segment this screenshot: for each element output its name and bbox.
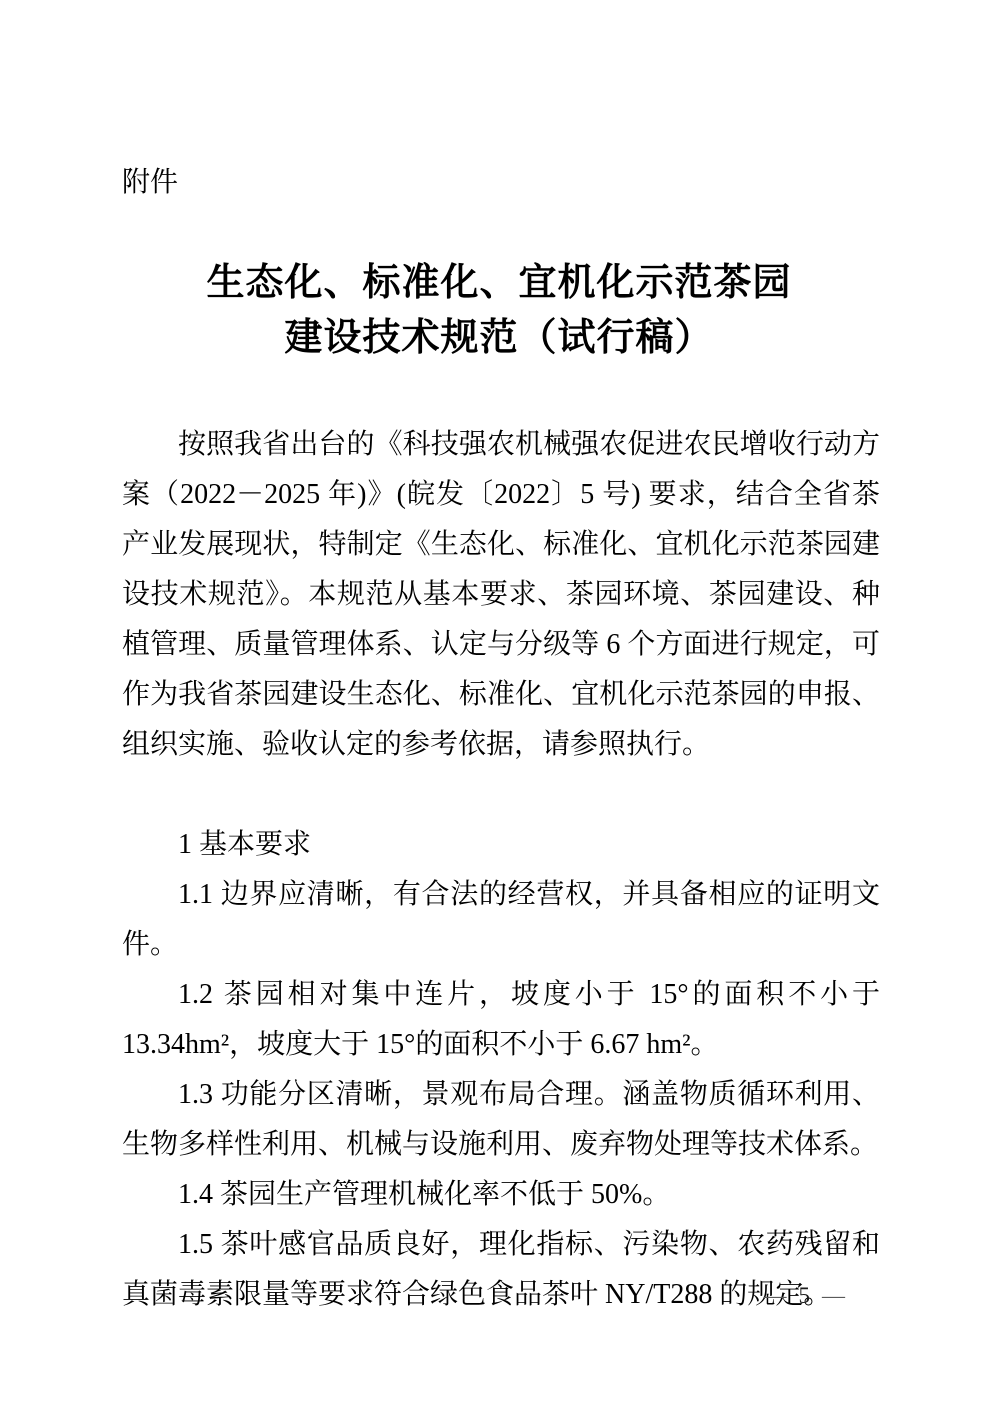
page-number-dash-right: — [822,1283,845,1308]
intro-paragraph: 按照我省出台的《科技强农机械强农促进农民增收行动方案（2022－2025 年)》… [122,420,880,770]
page-number: 5 [787,1283,823,1308]
requirement-item-1-2: 1.2 茶园相对集中连片，坡度小于 15°的面积不小于 13.34hm²，坡度大… [122,970,880,1070]
requirement-item-1-1: 1.1 边界应清晰，有合法的经营权，并具备相应的证明文件。 [122,870,880,970]
page-number-footer: —5— [764,1282,846,1310]
requirement-item-1-4: 1.4 茶园生产管理机械化率不低于 50%。 [122,1170,880,1220]
document-body: 按照我省出台的《科技强农机械强农促进农民增收行动方案（2022－2025 年)》… [122,420,880,1320]
attachment-label: 附件 [122,164,178,200]
page-number-dash-left: — [764,1283,787,1308]
document-title: 生态化、标准化、宜机化示范茶园 建设技术规范（试行稿） [0,256,998,366]
section-1-heading: 1 基本要求 [122,820,880,870]
document-title-line-2: 建设技术规范（试行稿） [0,311,998,366]
document-title-line-1: 生态化、标准化、宜机化示范茶园 [0,256,998,311]
document-page: 附件 生态化、标准化、宜机化示范茶园 建设技术规范（试行稿） 按照我省出台的《科… [0,0,998,1412]
requirement-item-1-3: 1.3 功能分区清晰，景观布局合理。涵盖物质循环利用、生物多样性利用、机械与设施… [122,1070,880,1170]
